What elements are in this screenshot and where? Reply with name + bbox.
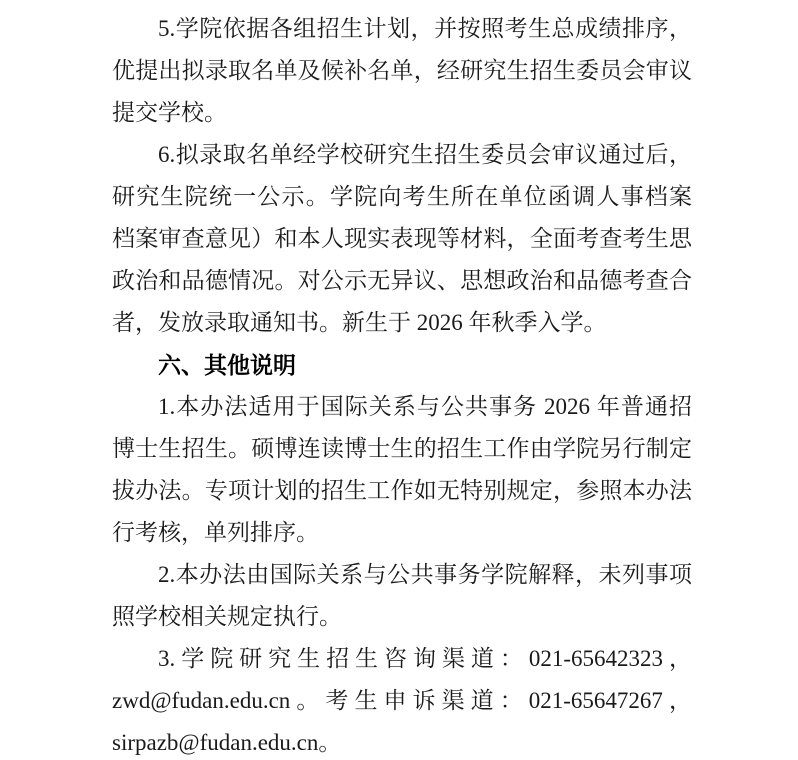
doc-line-publicity-5: 者，发放录取通知书。新生于 2026 年秋季入学。 bbox=[112, 302, 692, 344]
doc-line-scope-4: 行考核，单列排序。 bbox=[112, 512, 692, 554]
doc-line-admission-list-1: 5.学院依据各组招生计划，并按照考生总成绩排序，择 bbox=[112, 8, 692, 50]
doc-line-scope-3: 拔办法。专项计划的招生工作如无特别规定，参照本办法进 bbox=[112, 470, 692, 512]
doc-line-publicity-4: 政治和品德情况。对公示无异议、思想政治和品德考查合格 bbox=[112, 260, 692, 302]
doc-line-scope-2: 博士生招生。硕博连读博士生的招生工作由学院另行制定选 bbox=[112, 428, 692, 470]
doc-line-admission-list-2: 优提出拟录取名单及候补名单，经研究生招生委员会审议后 bbox=[112, 50, 692, 92]
doc-line-contact-1: 3.学院研究生招生咨询渠道：021-65642323， bbox=[112, 638, 692, 680]
document-page: 5.学院依据各组招生计划，并按照考生总成绩排序，择 优提出拟录取名单及候补名单，… bbox=[0, 0, 798, 760]
doc-line-interpretation-2: 照学校相关规定执行。 bbox=[112, 596, 692, 638]
doc-line-admission-list-3: 提交学校。 bbox=[112, 92, 692, 134]
doc-line-interpretation-1: 2.本办法由国际关系与公共事务学院解释，未列事项按 bbox=[112, 554, 692, 596]
doc-line-scope-1: 1.本办法适用于国际关系与公共事务 2026 年普通招考 bbox=[112, 386, 692, 428]
doc-line-publicity-2: 研究生院统一公示。学院向考生所在单位函调人事档案（或 bbox=[112, 176, 692, 218]
doc-line-contact-3: sirpazb@fudan.edu.cn。 bbox=[112, 722, 692, 760]
doc-line-publicity-1: 6.拟录取名单经学校研究生招生委员会审议通过后，由 bbox=[112, 134, 692, 176]
doc-line-contact-2: zwd@fudan.edu.cn。考生申诉渠道：021-65647267， bbox=[112, 680, 692, 722]
doc-line-publicity-3: 档案审查意见）和本人现实表现等材料，全面考查考生思想 bbox=[112, 218, 692, 260]
document-text-block: 5.学院依据各组招生计划，并按照考生总成绩排序，择 优提出拟录取名单及候补名单，… bbox=[112, 8, 692, 760]
section-heading-other-notes: 六、其他说明 bbox=[112, 344, 692, 386]
